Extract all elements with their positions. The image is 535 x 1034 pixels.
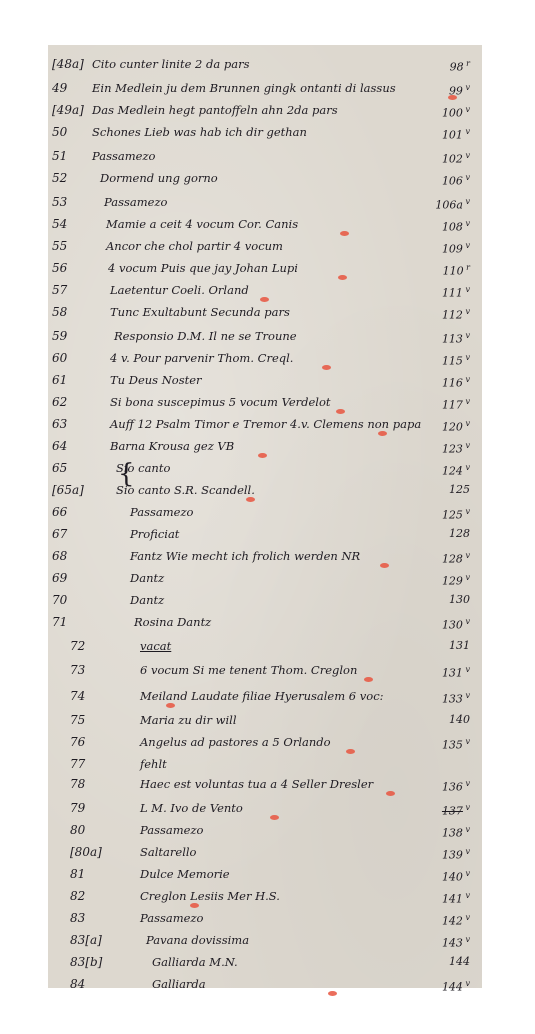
recto-verso-mark: v	[463, 847, 470, 856]
folio-value: 125	[442, 509, 463, 522]
entry-title: Pavana dovissima	[146, 929, 249, 951]
inventory-row: 69Dantz129 v	[48, 567, 482, 589]
folio-value: 106a	[435, 199, 463, 212]
entry-number: 68	[52, 545, 96, 567]
folio-value: 138	[442, 827, 463, 840]
folio-value: 131	[449, 639, 470, 652]
entry-number: 82	[70, 885, 114, 907]
recto-verso-mark: v	[463, 375, 470, 384]
folio-value: 128	[449, 527, 470, 540]
folio-value: 115	[442, 355, 463, 368]
folio-value: 130	[442, 619, 463, 632]
folio-value: 144	[442, 981, 463, 994]
inventory-row: 54Mamie a ceit 4 vocum Cor. Canis108 v	[48, 213, 482, 235]
recto-verso-mark: v	[463, 241, 470, 250]
folio-value: 130	[449, 593, 470, 606]
recto-verso-mark: v	[463, 307, 470, 316]
folio-value: 135	[442, 739, 463, 752]
entry-title: Ein Medlein ju dem Brunnen gingk ontanti…	[92, 77, 396, 99]
entry-title: Passamezo	[104, 191, 167, 213]
recto-verso-mark: v	[463, 691, 470, 700]
recto-verso-mark: v	[463, 979, 470, 988]
entry-number: 59	[52, 325, 96, 347]
folio-number: 131	[449, 635, 470, 657]
entry-number: 61	[52, 369, 96, 391]
folio-number: 130 v	[442, 611, 470, 637]
recto-verso-mark: v	[463, 419, 470, 428]
entry-number: 77	[70, 753, 114, 775]
grouping-brace: {	[118, 461, 135, 487]
folio-value: 144	[449, 955, 470, 968]
inventory-row: 51Passamezo102 v	[48, 145, 482, 167]
entry-title: Saltarello	[140, 841, 196, 863]
entry-title: Sio canto S.R. Scandell.	[116, 479, 255, 501]
manuscript-page: [48a]Cito cunter linite 2 da pars98 r49E…	[48, 45, 482, 988]
entry-number: 73	[70, 659, 114, 681]
entry-number: [65a]	[52, 479, 96, 501]
inventory-row: 61Tu Deus Noster116 v	[48, 369, 482, 391]
inventory-row: 53Passamezo106a v	[48, 191, 482, 213]
recto-verso-mark: v	[463, 463, 470, 472]
folio-value: 98	[450, 61, 464, 74]
folio-value: 110	[443, 265, 464, 278]
recto-verso-mark: v	[463, 935, 470, 944]
entry-title: Angelus ad pastores a 5 Orlando	[140, 731, 331, 753]
recto-verso-mark: v	[463, 105, 470, 114]
recto-verso-mark: v	[463, 617, 470, 626]
folio-value: 117	[442, 399, 463, 412]
entry-number: 51	[52, 145, 96, 167]
entry-title: Fantz Wie mecht ich frolich werden NR	[130, 545, 360, 567]
folio-number: 98 r	[450, 53, 470, 79]
entry-title: 6 vocum Si me tenent Thom. Creglon	[140, 659, 357, 681]
folio-value: 113	[442, 333, 463, 346]
entry-number: 78	[70, 773, 114, 795]
folio-value: 139	[442, 849, 463, 862]
inventory-row: 79L M. Ivo de Vento137 v	[48, 797, 482, 819]
entry-number: 76	[70, 731, 114, 753]
recto-verso-mark: v	[463, 219, 470, 228]
inventory-row: 77fehlt	[48, 753, 482, 775]
entry-title: Dulce Memorie	[140, 863, 230, 885]
recto-verso-mark: v	[463, 779, 470, 788]
entry-title: Galliarda	[152, 973, 206, 995]
inventory-row: 80Passamezo138 v	[48, 819, 482, 841]
inventory-row: 58Tunc Exultabunt Secunda pars112 v	[48, 301, 482, 323]
inventory-row: 50Schones Lieb was hab ich dir gethan101…	[48, 121, 482, 143]
folio-value: 108	[442, 221, 463, 234]
inventory-row: 564 vocum Puis que jay Johan Lupi110 r	[48, 257, 482, 279]
inventory-row: 68Fantz Wie mecht ich frolich werden NR1…	[48, 545, 482, 567]
folio-value: 140	[449, 713, 470, 726]
entry-title: Dormend ung gorno	[100, 167, 218, 189]
recto-verso-mark: v	[463, 397, 470, 406]
entry-title: Dantz	[130, 567, 164, 589]
folio-number: 136 v	[442, 773, 470, 799]
folio-value: 142	[442, 915, 463, 928]
entry-title: Haec est voluntas tua a 4 Seller Dresler	[140, 773, 373, 795]
recto-verso-mark: v	[463, 737, 470, 746]
entry-title: Si bona suscepimus 5 vocum Verdelot	[110, 391, 331, 413]
entry-number: 58	[52, 301, 96, 323]
entry-number: 80	[70, 819, 114, 841]
entry-title: Proficiat	[130, 523, 179, 545]
entry-number: [49a]	[52, 99, 96, 121]
recto-verso-mark: v	[463, 507, 470, 516]
entry-title: Creglon Lesiis Mer H.S.	[140, 885, 280, 907]
folio-value: 133	[442, 693, 463, 706]
entry-title: Passamezo	[130, 501, 193, 523]
folio-number: 125	[449, 479, 470, 501]
recto-verso-mark: v	[463, 285, 470, 294]
recto-verso-mark: v	[463, 913, 470, 922]
recto-verso-mark: v	[463, 151, 470, 160]
entry-title: L M. Ivo de Vento	[140, 797, 243, 819]
inventory-row: 49Ein Medlein ju dem Brunnen gingk ontan…	[48, 77, 482, 99]
entry-title: Passamezo	[92, 145, 155, 167]
entry-number: 83[b]	[70, 951, 114, 973]
inventory-row: 71Rosina Dantz130 v	[48, 611, 482, 633]
entry-title: vacat	[140, 635, 171, 657]
inventory-row: 78Haec est voluntas tua a 4 Seller Dresl…	[48, 773, 482, 795]
inventory-row: 74Meiland Laudate filiae Hyerusalem 6 vo…	[48, 685, 482, 707]
entry-title: Schones Lieb was hab ich dir gethan	[92, 121, 307, 143]
inventory-row: 66Passamezo125 v	[48, 501, 482, 523]
recto-verso-mark: v	[463, 441, 470, 450]
recto-verso-mark: v	[463, 573, 470, 582]
entry-number: 53	[52, 191, 96, 213]
entry-title: Das Medlein hegt pantoffeln ahn 2da pars	[92, 99, 338, 121]
entry-number: 52	[52, 167, 96, 189]
entry-title: Rosina Dantz	[134, 611, 211, 633]
entry-title: Ancor che chol partir 4 vocum	[106, 235, 283, 257]
folio-value: 106	[442, 175, 463, 188]
inventory-row: [80a]Saltarello139 v	[48, 841, 482, 863]
entry-number: 63	[52, 413, 96, 435]
folio-number: 128	[449, 523, 470, 545]
inventory-row: 76Angelus ad pastores a 5 Orlando135 v	[48, 731, 482, 753]
entry-number: [80a]	[70, 841, 114, 863]
entry-title: Cito cunter linite 2 da pars	[92, 53, 250, 75]
entry-number: 83[a]	[70, 929, 114, 951]
entry-title: Maria zu dir will	[140, 709, 237, 731]
folio-value: 129	[442, 575, 463, 588]
inventory-row: 82Creglon Lesiis Mer H.S.141 v	[48, 885, 482, 907]
folio-number: 144 v	[442, 973, 470, 999]
entry-title: Passamezo	[140, 907, 203, 929]
entry-number: 69	[52, 567, 96, 589]
folio-value: 140	[442, 871, 463, 884]
entry-number: 64	[52, 435, 96, 457]
inventory-row: 64Barna Krousa gez VB123 v	[48, 435, 482, 457]
inventory-row: 83[a]Pavana dovissima143 v	[48, 929, 482, 951]
red-pencil-mark	[364, 677, 373, 682]
entry-number: 71	[52, 611, 96, 633]
inventory-row: 57Laetentur Coeli. Orland111 v	[48, 279, 482, 301]
folio-value: 100	[442, 107, 463, 120]
folio-value: 111	[442, 287, 463, 300]
inventory-row: 55Ancor che chol partir 4 vocum109 v	[48, 235, 482, 257]
folio-value: 120	[442, 421, 463, 434]
entry-title: Tu Deus Noster	[110, 369, 202, 391]
recto-verso-mark: v	[463, 803, 470, 812]
entry-number: [48a]	[52, 53, 96, 75]
entry-number: 72	[70, 635, 114, 657]
entry-number: 84	[70, 973, 114, 995]
entry-title: 4 v. Pour parvenir Thom. Creql.	[110, 347, 293, 369]
recto-verso-mark: v	[463, 331, 470, 340]
entry-number: 62	[52, 391, 96, 413]
recto-verso-mark: v	[463, 665, 470, 674]
entry-title: Laetentur Coeli. Orland	[110, 279, 249, 301]
folio-value: 131	[442, 667, 463, 680]
folio-value: 124	[442, 465, 463, 478]
folio-number: 133 v	[442, 685, 470, 711]
entry-number: 81	[70, 863, 114, 885]
entry-number: 50	[52, 121, 96, 143]
entry-title: fehlt	[140, 753, 167, 775]
entry-title: Galliarda M.N.	[152, 951, 238, 973]
entry-number: 54	[52, 213, 96, 235]
inventory-row: [48a]Cito cunter linite 2 da pars98 r	[48, 53, 482, 75]
entry-title: Barna Krousa gez VB	[110, 435, 234, 457]
entry-number: 67	[52, 523, 96, 545]
folio-number: 144	[449, 951, 470, 973]
inventory-row: [49a]Das Medlein hegt pantoffeln ahn 2da…	[48, 99, 482, 121]
folio-number: 101 v	[442, 121, 470, 147]
inventory-row: 736 vocum Si me tenent Thom. Creglon131 …	[48, 659, 482, 681]
folio-value: 136	[442, 781, 463, 794]
folio-value: 143	[442, 937, 463, 950]
folio-value: 109	[442, 243, 463, 256]
inventory-row: 84Galliarda144 v	[48, 973, 482, 995]
recto-verso-mark: r	[464, 59, 470, 68]
entry-number: 60	[52, 347, 96, 369]
inventory-row: 604 v. Pour parvenir Thom. Creql.115 v	[48, 347, 482, 369]
folio-value: 112	[442, 309, 463, 322]
inventory-row: 67Proficiat128	[48, 523, 482, 545]
inventory-row: 81Dulce Memorie140 v	[48, 863, 482, 885]
red-pencil-mark	[328, 991, 337, 996]
folio-number: 112 v	[442, 301, 470, 327]
entry-number: 56	[52, 257, 96, 279]
entry-number: 57	[52, 279, 96, 301]
recto-verso-mark: v	[463, 869, 470, 878]
entry-number: 49	[52, 77, 96, 99]
recto-verso-mark: v	[463, 197, 470, 206]
recto-verso-mark: v	[463, 551, 470, 560]
folio-number: 140	[449, 709, 470, 731]
inventory-row: 63Auff 12 Psalm Timor e Tremor 4.v. Clem…	[48, 413, 482, 435]
inventory-row: 52Dormend ung gorno106 v	[48, 167, 482, 189]
entry-number: 75	[70, 709, 114, 731]
entry-title: Meiland Laudate filiae Hyerusalem 6 voc:	[140, 685, 384, 707]
inventory-row: 59Responsio D.M. Il ne se Troune113 v	[48, 325, 482, 347]
inventory-row: 83[b]Galliarda M.N.144	[48, 951, 482, 973]
recto-verso-mark: v	[463, 173, 470, 182]
recto-verso-mark: r	[464, 263, 470, 272]
folio-number: 130	[449, 589, 470, 611]
folio-value: 128	[442, 553, 463, 566]
folio-value: 116	[442, 377, 463, 390]
entry-number: 55	[52, 235, 96, 257]
folio-value: 137	[442, 805, 463, 818]
inventory-row: 65Sio canto124 v	[48, 457, 482, 479]
inventory-row: [65a]Sio canto S.R. Scandell.125	[48, 479, 482, 501]
folio-value: 123	[442, 443, 463, 456]
entry-title: 4 vocum Puis que jay Johan Lupi	[108, 257, 298, 279]
folio-value: 141	[442, 893, 463, 906]
recto-verso-mark: v	[463, 825, 470, 834]
entry-number: 66	[52, 501, 96, 523]
recto-verso-mark: v	[463, 353, 470, 362]
entry-title: Responsio D.M. Il ne se Troune	[114, 325, 297, 347]
entry-title: Mamie a ceit 4 vocum Cor. Canis	[106, 213, 298, 235]
red-pencil-mark	[166, 703, 175, 708]
entry-title: Dantz	[130, 589, 164, 611]
inventory-row: 75Maria zu dir will140	[48, 709, 482, 731]
inventory-row: 83Passamezo142 v	[48, 907, 482, 929]
recto-verso-mark: v	[463, 891, 470, 900]
recto-verso-mark: v	[463, 127, 470, 136]
recto-verso-mark: v	[463, 83, 470, 92]
entry-title: Auff 12 Psalm Timor e Tremor 4.v. Clemen…	[110, 413, 421, 435]
entry-number: 65	[52, 457, 96, 479]
inventory-row: 70Dantz130	[48, 589, 482, 611]
folio-value: 102	[442, 153, 463, 166]
red-pencil-mark	[386, 791, 395, 796]
folio-number: 106 v	[442, 167, 470, 193]
entry-title: Passamezo	[140, 819, 203, 841]
entry-title: Tunc Exultabunt Secunda pars	[110, 301, 290, 323]
entry-number: 74	[70, 685, 114, 707]
entry-number: 79	[70, 797, 114, 819]
inventory-row: 62Si bona suscepimus 5 vocum Verdelot117…	[48, 391, 482, 413]
inventory-row: 72vacat131	[48, 635, 482, 657]
entry-number: 83	[70, 907, 114, 929]
folio-value: 125	[449, 483, 470, 496]
folio-value: 101	[442, 129, 463, 142]
entry-number: 70	[52, 589, 96, 611]
folio-number: 131 v	[442, 659, 470, 685]
